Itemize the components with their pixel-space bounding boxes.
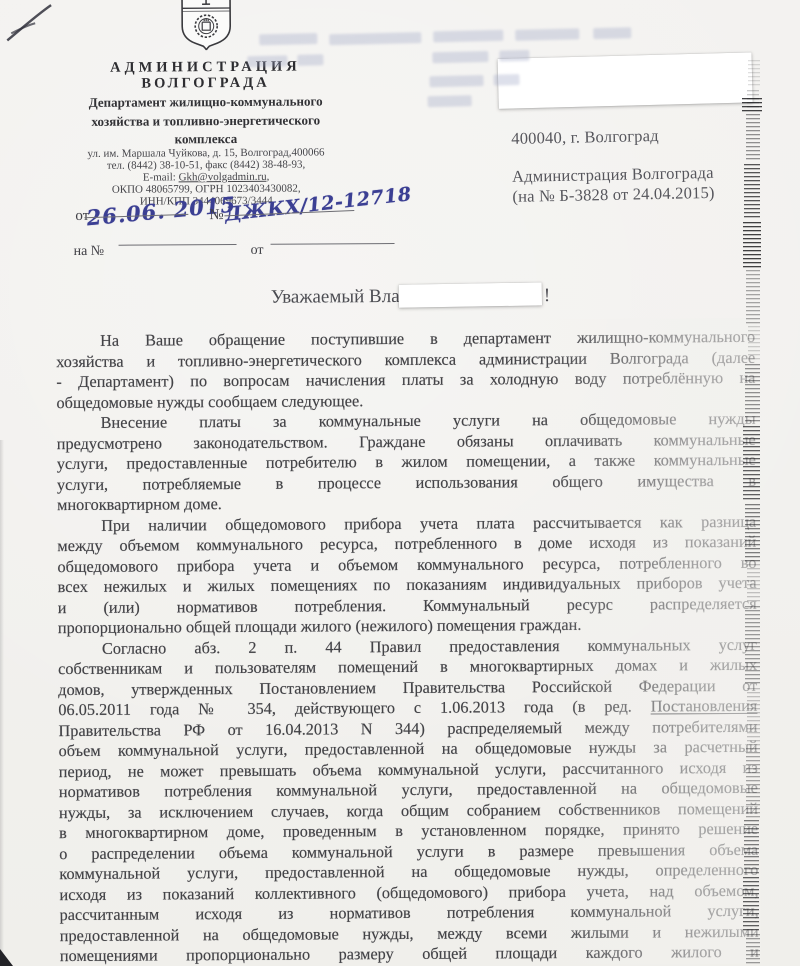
org-name-line2: ВОЛГОГРАДА	[16, 74, 396, 92]
bleedthrough-word-artifact	[428, 95, 472, 107]
bleedthrough-word-artifact	[432, 51, 488, 63]
greeting-text: Уважаемый Влад	[271, 286, 410, 309]
bleedthrough-word-artifact	[515, 28, 579, 41]
department-line2: хозяйства и топливно-энергетического	[16, 113, 396, 130]
department-line1: Департамент жилищно-коммунального	[16, 94, 396, 111]
email-label: E-mail:	[143, 171, 179, 183]
bleedthrough-word-artifact	[429, 75, 483, 87]
bleedthrough-word-artifact	[593, 27, 631, 39]
reply-na-label: на №	[74, 244, 105, 260]
greeting-punctuation: !	[544, 285, 550, 307]
bleedthrough-word-artifact	[499, 50, 529, 62]
reply-ot-label: от	[251, 243, 264, 259]
recipient-reference: (на № Б-3828 от 24.04.2015)	[512, 183, 715, 207]
letterhead: АДМИНИСТРАЦИЯ ВОЛГОГРАДА Департамент жил…	[15, 0, 396, 208]
left-edge-shadow	[0, 440, 4, 966]
reply-number-blank	[119, 244, 237, 246]
bleedthrough-word-artifact	[259, 33, 317, 45]
reply-date-blank	[271, 243, 395, 245]
pen-checkmark-icon	[1, 2, 61, 47]
bleedthrough-word-artifact	[329, 32, 421, 45]
scan-content: АДМИНИСТРАЦИЯ ВОЛГОГРАДА Департамент жил…	[0, 0, 800, 966]
scanned-letter-page: АДМИНИСТРАЦИЯ ВОЛГОГРАДА Департамент жил…	[0, 0, 800, 966]
recipient-address-redaction	[498, 52, 753, 108]
scan-fade-artifact	[539, 318, 761, 965]
recipient-city: 400040, г. Волгоград	[511, 126, 659, 149]
recipient-name-redaction	[399, 282, 542, 307]
bleedthrough-word-artifact	[433, 30, 503, 43]
number-label: №	[209, 207, 223, 224]
volgograd-coat-of-arms-icon	[179, 0, 233, 54]
email-value: Gkh@volgadmin.ru,	[179, 170, 270, 183]
bleedthrough-word-artifact	[493, 74, 519, 86]
bleedthrough-word-artifact	[247, 55, 287, 67]
bleedthrough-word-artifact	[297, 54, 323, 66]
